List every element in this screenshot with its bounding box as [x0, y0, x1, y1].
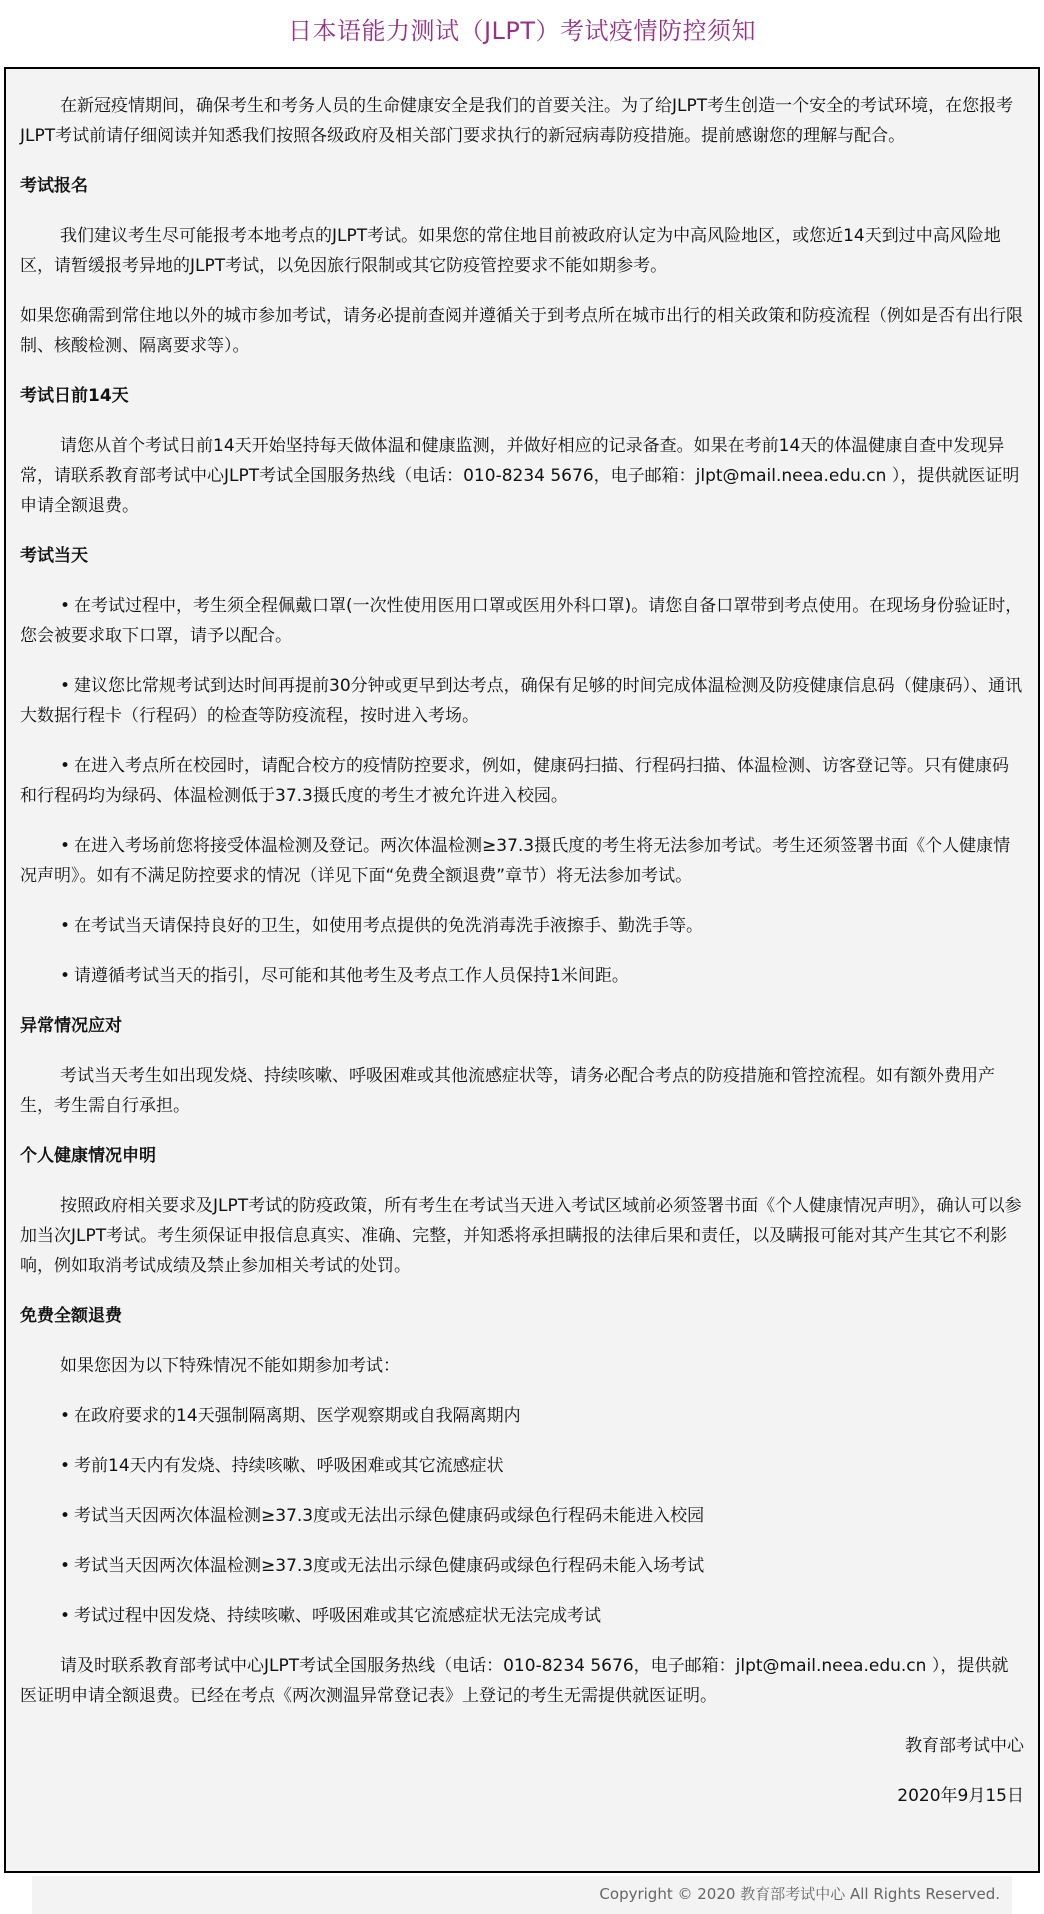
bullet-icon: •	[60, 961, 70, 991]
bullet-text: 考试过程中因发烧、持续咳嗽、呼吸困难或其它流感症状无法完成考试	[74, 1606, 601, 1626]
bullet-text: 在进入考点所在校园时，请配合校方的疫情防控要求，例如，健康码扫描、行程码扫描、体…	[20, 756, 1009, 806]
refund-bullet: •考试当天因两次体温检测≥37.3度或无法出示绿色健康码或绿色行程码未能入场考试	[20, 1551, 1024, 1581]
bullet-icon: •	[60, 751, 70, 781]
copyright-text: Copyright © 2020 教育部考试中心 All Rights Rese…	[599, 1882, 1000, 1906]
refund-closing-paragraph: 请及时联系教育部考试中心JLPT考试全国服务热线（电话：010-8234 567…	[20, 1651, 1024, 1711]
bullet-text: 在考试过程中，考生须全程佩戴口罩(一次性使用医用口罩或医用外科口罩)。请您自备口…	[20, 596, 1022, 646]
section-heading-abnormal: 异常情况应对	[20, 1011, 1024, 1041]
bullet-icon: •	[60, 831, 70, 861]
exam-day-bullet: •在考试当天请保持良好的卫生，如使用考点提供的免洗消毒洗手液擦手、勤洗手等。	[20, 911, 1024, 941]
bullet-icon: •	[60, 911, 70, 941]
exam-day-bullet: •在进入考点所在校园时，请配合校方的疫情防控要求，例如，健康码扫描、行程码扫描、…	[20, 751, 1024, 811]
section-heading-before-14-days: 考试日前14天	[20, 381, 1024, 411]
notice-content: 在新冠疫情期间，确保考生和考务人员的生命健康安全是我们的首要关注。为了给JLPT…	[6, 69, 1038, 1811]
bullet-icon: •	[60, 1501, 70, 1531]
signature-org: 教育部考试中心	[20, 1731, 1024, 1761]
bullet-icon: •	[60, 1451, 70, 1481]
section-heading-exam-day: 考试当天	[20, 541, 1024, 571]
bullet-text: 考试当天因两次体温检测≥37.3度或无法出示绿色健康码或绿色行程码未能进入校园	[74, 1506, 704, 1526]
section-heading-declaration: 个人健康情况申明	[20, 1141, 1024, 1171]
abnormal-paragraph: 考试当天考生如出现发烧、持续咳嗽、呼吸困难或其他流感症状等，请务必配合考点的防疫…	[20, 1061, 1024, 1121]
bullet-text: 在考试当天请保持良好的卫生，如使用考点提供的免洗消毒洗手液擦手、勤洗手等。	[74, 916, 703, 936]
bullet-icon: •	[60, 1551, 70, 1581]
before-14-days-paragraph: 请您从首个考试日前14天开始坚持每天做体温和健康监测，并做好相应的记录备查。如果…	[20, 431, 1024, 521]
bullet-text: 考试当天因两次体温检测≥37.3度或无法出示绿色健康码或绿色行程码未能入场考试	[74, 1556, 704, 1576]
bullet-text: 在政府要求的14天强制隔离期、医学观察期或自我隔离期内	[74, 1406, 521, 1426]
declaration-paragraph: 按照政府相关要求及JLPT考试的防疫政策，所有考生在考试当天进入考试区域前必须签…	[20, 1191, 1024, 1281]
exam-day-bullet: •在考试过程中，考生须全程佩戴口罩(一次性使用医用口罩或医用外科口罩)。请您自备…	[20, 591, 1024, 651]
notice-box: 在新冠疫情期间，确保考生和考务人员的生命健康安全是我们的首要关注。为了给JLPT…	[4, 67, 1040, 1873]
bullet-text: 考前14天内有发烧、持续咳嗽、呼吸困难或其它流感症状	[74, 1456, 504, 1476]
refund-bullet: •考前14天内有发烧、持续咳嗽、呼吸困难或其它流感症状	[20, 1451, 1024, 1481]
bullet-icon: •	[60, 591, 70, 621]
registration-paragraph-2: 如果您确需到常住地以外的城市参加考试，请务必提前查阅并遵循关于到考点所在城市出行…	[20, 301, 1024, 361]
bullet-text: 建议您比常规考试到达时间再提前30分钟或更早到达考点，确保有足够的时间完成体温检…	[20, 676, 1022, 726]
signature-date: 2020年9月15日	[20, 1781, 1024, 1811]
bullet-text: 在进入考场前您将接受体温检测及登记。两次体温检测≥37.3摄氏度的考生将无法参加…	[20, 836, 1010, 886]
exam-day-bullet: •建议您比常规考试到达时间再提前30分钟或更早到达考点，确保有足够的时间完成体温…	[20, 671, 1024, 731]
refund-bullet: •考试当天因两次体温检测≥37.3度或无法出示绿色健康码或绿色行程码未能进入校园	[20, 1501, 1024, 1531]
section-heading-registration: 考试报名	[20, 171, 1024, 201]
registration-paragraph-1: 我们建议考生尽可能报考本地考点的JLPT考试。如果您的常住地目前被政府认定为中高…	[20, 221, 1024, 281]
bullet-icon: •	[60, 1401, 70, 1431]
page-title: 日本语能力测试（JLPT）考试疫情防控须知	[0, 14, 1044, 48]
intro-paragraph: 在新冠疫情期间，确保考生和考务人员的生命健康安全是我们的首要关注。为了给JLPT…	[20, 91, 1024, 151]
exam-day-bullet: •请遵循考试当天的指引，尽可能和其他考生及考点工作人员保持1米间距。	[20, 961, 1024, 991]
exam-day-bullet: •在进入考场前您将接受体温检测及登记。两次体温检测≥37.3摄氏度的考生将无法参…	[20, 831, 1024, 891]
refund-lead: 如果您因为以下特殊情况不能如期参加考试：	[20, 1351, 1024, 1381]
refund-bullet: •在政府要求的14天强制隔离期、医学观察期或自我隔离期内	[20, 1401, 1024, 1431]
bullet-icon: •	[60, 671, 70, 701]
footer: Copyright © 2020 教育部考试中心 All Rights Rese…	[32, 1876, 1012, 1914]
bullet-icon: •	[60, 1601, 70, 1631]
section-heading-refund: 免费全额退费	[20, 1301, 1024, 1331]
refund-bullet: •考试过程中因发烧、持续咳嗽、呼吸困难或其它流感症状无法完成考试	[20, 1601, 1024, 1631]
bullet-text: 请遵循考试当天的指引，尽可能和其他考生及考点工作人员保持1米间距。	[74, 966, 629, 986]
